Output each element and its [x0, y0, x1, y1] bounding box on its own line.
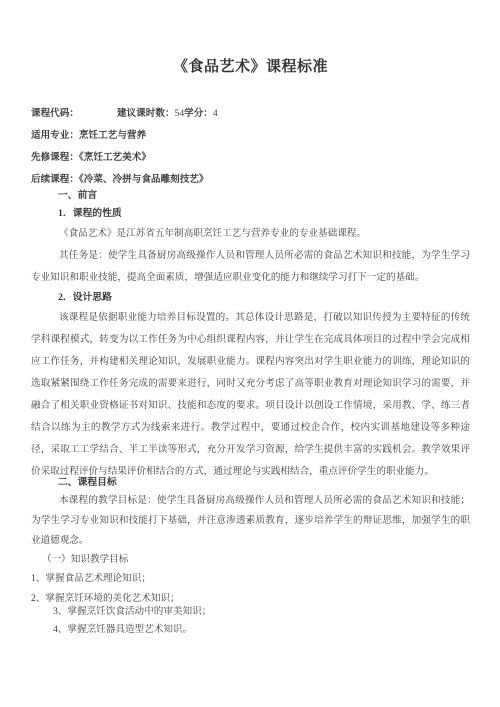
document-page: 《食品艺术》课程标准 课程代码：建议课时数：54学分：4 适用专业：烹饪工艺与营…	[0, 0, 500, 707]
design-ideas-paragraph: 该课程是依据职业能力培养目标设置的。其总体设计思路是，打破以知识传授为主要特征的…	[31, 307, 470, 483]
prerequisite-course-value: 《烹饪工艺美术》	[79, 152, 151, 163]
applicable-major-label: 适用专业：	[31, 130, 79, 141]
subsequent-course-label: 后续课程：	[31, 174, 79, 185]
meta-line-prerequisite-course: 先修课程：《烹饪工艺美术》	[31, 147, 470, 169]
knowledge-objectives-subheading: （一）知识教学目标	[31, 551, 470, 569]
course-nature-paragraph-2: 其任务是：使学生具备厨房高级操作人员和管理人员所必需的食品艺术知识和技能，为学生…	[31, 245, 470, 289]
course-nature-subheading: 1．课程的性质	[31, 205, 470, 223]
credit-value: 4	[213, 108, 218, 119]
course-meta-block: 课程代码：建议课时数：54学分：4 适用专业：烹饪工艺与营养 先修课程：《烹饪工…	[31, 103, 470, 191]
document-title: 《食品艺术》课程标准	[31, 58, 470, 77]
course-code-label: 课程代码：	[31, 108, 79, 119]
applicable-major-value: 烹饪工艺与营养	[79, 130, 146, 141]
course-objectives-paragraph: 本课程的教学目标是：使学生具备厨房高级操作人员和管理人员所必需的食品艺术知识和技…	[31, 491, 470, 551]
suggested-hours-label: 建议课时数：	[117, 108, 175, 119]
section-foreword: 一、前言 1．课程的性质 《食品艺术》是江苏省五年制高职烹饪工艺与营养专业的专业…	[31, 187, 470, 483]
subsequent-course-value: 《冷菜、冷拼与食品雕刻技艺》	[79, 174, 209, 185]
foreword-heading: 一、前言	[31, 187, 470, 205]
suggested-hours-value: 54	[175, 108, 185, 119]
section-course-objectives: 二、课程目标 本课程的教学目标是：使学生具备厨房高级操作人员和管理人员所必需的食…	[31, 475, 470, 640]
meta-line-code-hours: 课程代码：建议课时数：54学分：4	[31, 103, 470, 125]
knowledge-objective-item-3: 3、掌握烹饪饮食活动中的审美知识；	[31, 604, 470, 620]
knowledge-objective-item-4: 4、掌握烹饪器具造型艺术知识。	[31, 620, 470, 640]
credit-label: 学分：	[184, 108, 213, 119]
prerequisite-course-label: 先修课程：	[31, 152, 79, 163]
course-nature-paragraph-1: 《食品艺术》是江苏省五年制高职烹饪工艺与营养专业的专业基础课程。	[31, 223, 470, 245]
knowledge-objective-item-1: 1、掌握食品艺术理论知识；	[31, 569, 470, 589]
design-ideas-subheading: 2．设计思路	[31, 289, 470, 307]
meta-line-major: 适用专业：烹饪工艺与营养	[31, 125, 470, 147]
